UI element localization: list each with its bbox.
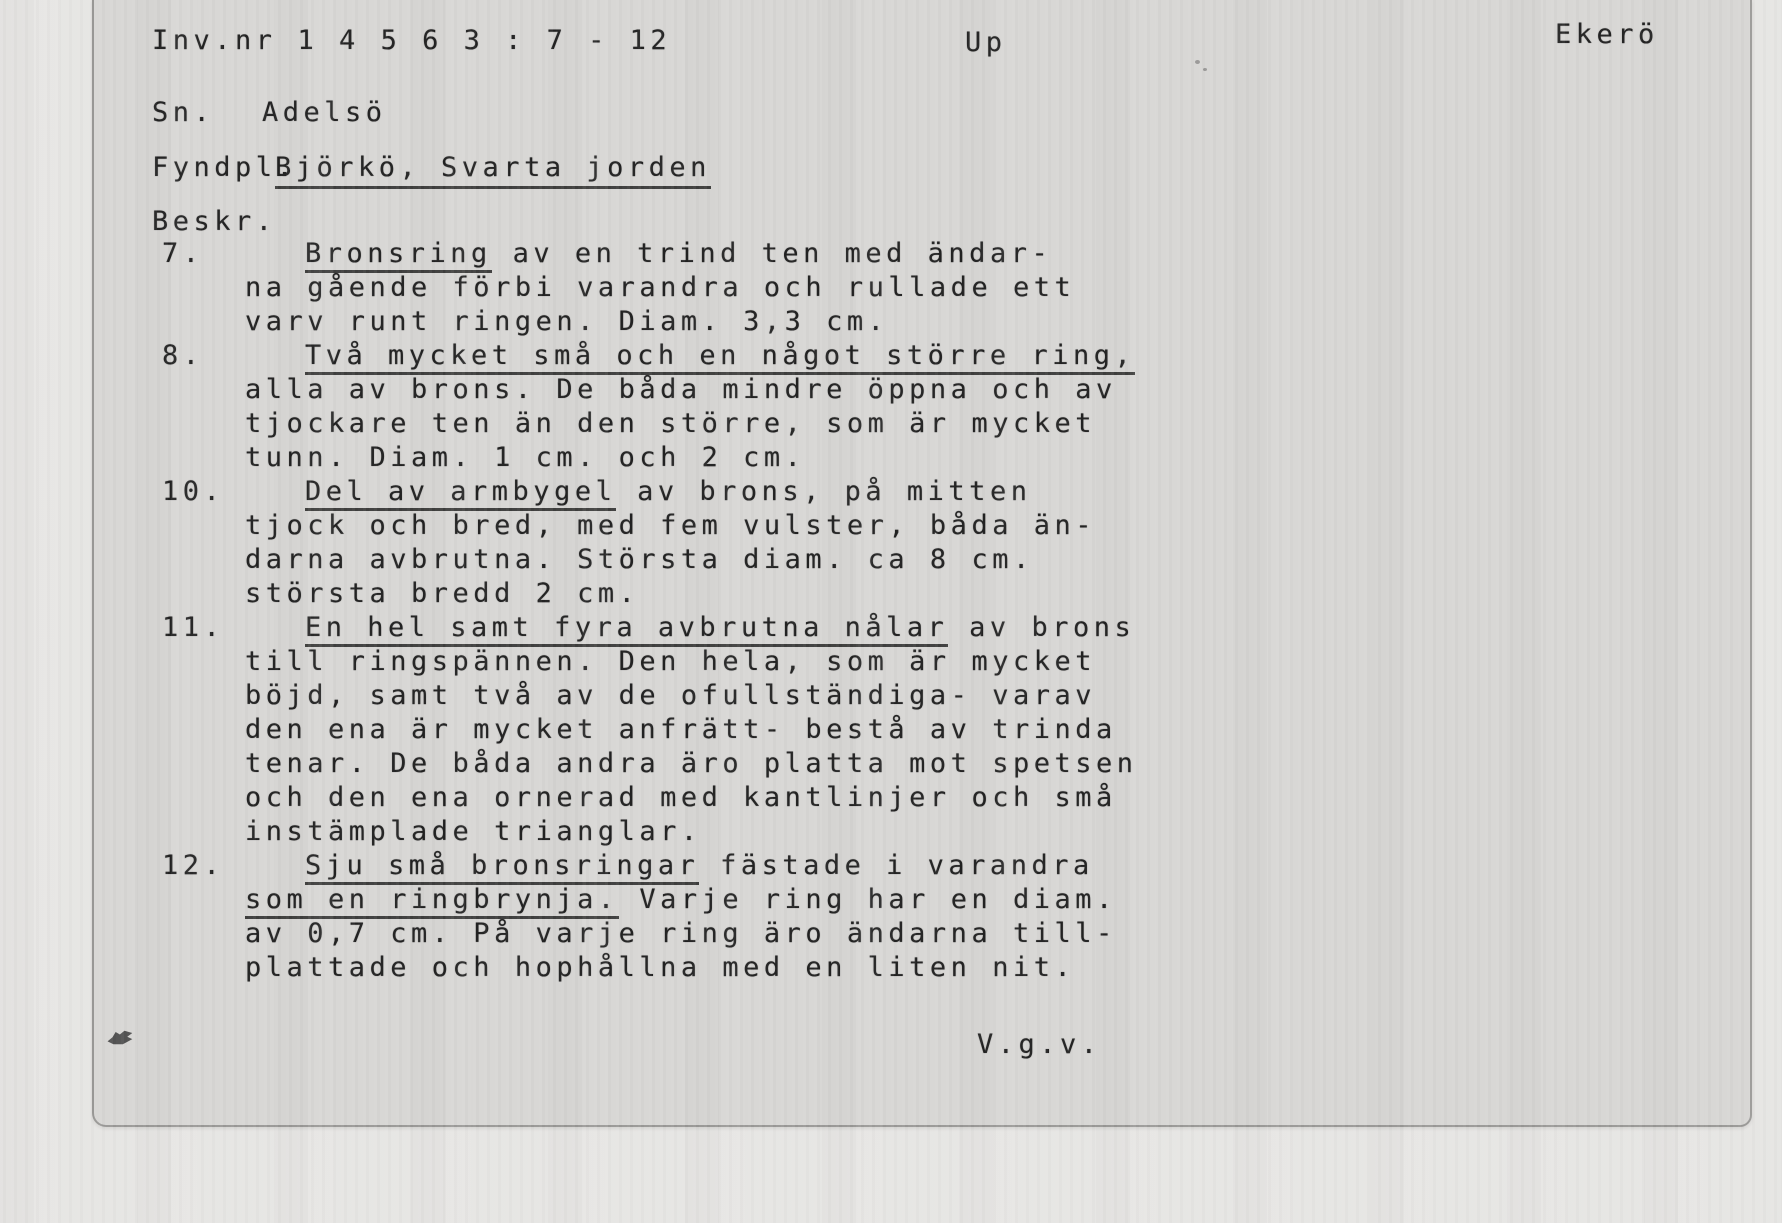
plain-text: na gående förbi varandra och rullade ett bbox=[245, 272, 1075, 303]
underlined-text: Två mycket små och en något större ring, bbox=[305, 340, 1135, 375]
item-number: 7. bbox=[162, 237, 204, 271]
ink-mark bbox=[106, 1027, 135, 1047]
item-line: böjd, samt två av de ofullständiga- vara… bbox=[245, 679, 1345, 713]
paper-speck bbox=[1195, 60, 1200, 64]
field-value: Adelsö bbox=[262, 96, 387, 130]
item-line: En hel samt fyra avbrutna nålar av brons bbox=[305, 611, 1345, 645]
underlined-text: Bronsring bbox=[305, 238, 492, 273]
underlined-text: Sju små bronsringar bbox=[305, 850, 699, 885]
field-row-socken: Sn.Adelsö bbox=[152, 96, 214, 130]
item-line: den ena är mycket anfrätt- bestå av trin… bbox=[245, 713, 1345, 747]
item-line: varv runt ringen. Diam. 3,3 cm. bbox=[245, 305, 1345, 339]
plain-text: tjock och bred, med fem vulster, båda än… bbox=[245, 510, 1096, 541]
plain-text: fästade i varandra bbox=[699, 850, 1093, 881]
plain-text: darna avbrutna. Största diam. ca 8 cm. bbox=[245, 544, 1034, 575]
plain-text: av brons bbox=[948, 612, 1135, 643]
item-line: darna avbrutna. Största diam. ca 8 cm. bbox=[245, 543, 1345, 577]
description-heading: Beskr. bbox=[152, 205, 277, 239]
item-line: instämplade trianglar. bbox=[245, 815, 1345, 849]
item-line: tjock och bred, med fem vulster, båda än… bbox=[245, 509, 1345, 543]
inventory-line: Inv.nr1 4 5 6 3 : 7 - 12 bbox=[152, 24, 671, 58]
parish-name: Ekerö bbox=[1555, 18, 1659, 52]
plain-text: Varje ring har en diam. bbox=[619, 884, 1117, 915]
item-line: Sju små bronsringar fästade i varandra bbox=[305, 849, 1345, 883]
item-line: Del av armbygel av brons, på mitten bbox=[305, 475, 1345, 509]
turn-page-note: V.g.v. bbox=[977, 1028, 1102, 1062]
item-line: plattade och hophållna med en liten nit. bbox=[245, 951, 1345, 985]
items-list: 7.Bronsring av en trind ten med ändar-na… bbox=[245, 237, 1345, 985]
plain-text: av 0,7 cm. På varje ring äro ändarna til… bbox=[245, 918, 1117, 949]
field-row-fyndplats: Fyndpl.Björkö, Svarta jorden bbox=[152, 151, 297, 185]
plain-text: av brons, på mitten bbox=[616, 476, 1031, 507]
plain-text: plattade och hophållna med en liten nit. bbox=[245, 952, 1075, 983]
item-line: Två mycket små och en något större ring, bbox=[305, 339, 1345, 373]
item-line: tjockare ten än den större, som är mycke… bbox=[245, 407, 1345, 441]
item-number: 8. bbox=[162, 339, 204, 373]
item-line: till ringspännen. Den hela, som är mycke… bbox=[245, 645, 1345, 679]
item-line: som en ringbrynja. Varje ring har en dia… bbox=[245, 883, 1345, 917]
underlined-text: En hel samt fyra avbrutna nålar bbox=[305, 612, 948, 647]
field-value: Björkö, Svarta jorden bbox=[275, 151, 711, 189]
plain-text: varv runt ringen. Diam. 3,3 cm. bbox=[245, 306, 888, 337]
region-abbr: Up bbox=[965, 26, 1007, 60]
item-line: na gående förbi varandra och rullade ett bbox=[245, 271, 1345, 305]
item-number: 11. bbox=[162, 611, 224, 645]
catalog-item: 7.Bronsring av en trind ten med ändar-na… bbox=[245, 237, 1345, 339]
field-label: Sn. bbox=[152, 97, 214, 128]
catalog-item: 10.Del av armbygel av brons, på mittentj… bbox=[245, 475, 1345, 611]
plain-text: tjockare ten än den större, som är mycke… bbox=[245, 408, 1096, 439]
inventory-number: 1 4 5 6 3 : 7 - 12 bbox=[298, 25, 672, 56]
underlined-text: som en ringbrynja. bbox=[245, 884, 619, 919]
scanned-page: Inv.nr1 4 5 6 3 : 7 - 12 Up Ekerö Sn.Ade… bbox=[0, 0, 1782, 1223]
inventory-label: Inv.nr bbox=[152, 25, 277, 56]
item-number: 10. bbox=[162, 475, 224, 509]
underlined-text: Del av armbygel bbox=[305, 476, 616, 511]
item-number: 12. bbox=[162, 849, 224, 883]
catalog-item: 12.Sju små bronsringar fästade i varandr… bbox=[245, 849, 1345, 985]
catalog-item: 11.En hel samt fyra avbrutna nålar av br… bbox=[245, 611, 1345, 849]
plain-text: alla av brons. De båda mindre öppna och … bbox=[245, 374, 1117, 405]
plain-text: och den ena ornerad med kantlinjer och s… bbox=[245, 782, 1117, 813]
item-line: största bredd 2 cm. bbox=[245, 577, 1345, 611]
plain-text: största bredd 2 cm. bbox=[245, 578, 639, 609]
plain-text: den ena är mycket anfrätt- bestå av trin… bbox=[245, 714, 1117, 745]
catalog-card: Inv.nr1 4 5 6 3 : 7 - 12 Up Ekerö Sn.Ade… bbox=[92, 0, 1752, 1127]
plain-text: av en trind ten med ändar- bbox=[492, 238, 1052, 269]
item-line: Bronsring av en trind ten med ändar- bbox=[305, 237, 1345, 271]
item-line: tenar. De båda andra äro platta mot spet… bbox=[245, 747, 1345, 781]
catalog-item: 8.Två mycket små och en något större rin… bbox=[245, 339, 1345, 475]
plain-text: till ringspännen. Den hela, som är mycke… bbox=[245, 646, 1096, 677]
item-line: alla av brons. De båda mindre öppna och … bbox=[245, 373, 1345, 407]
paper-speck bbox=[1203, 68, 1207, 71]
plain-text: tunn. Diam. 1 cm. och 2 cm. bbox=[245, 442, 805, 473]
plain-text: böjd, samt två av de ofullständiga- vara… bbox=[245, 680, 1096, 711]
item-line: av 0,7 cm. På varje ring äro ändarna til… bbox=[245, 917, 1345, 951]
item-line: och den ena ornerad med kantlinjer och s… bbox=[245, 781, 1345, 815]
item-line: tunn. Diam. 1 cm. och 2 cm. bbox=[245, 441, 1345, 475]
plain-text: tenar. De båda andra äro platta mot spet… bbox=[245, 748, 1137, 779]
plain-text: instämplade trianglar. bbox=[245, 816, 702, 847]
